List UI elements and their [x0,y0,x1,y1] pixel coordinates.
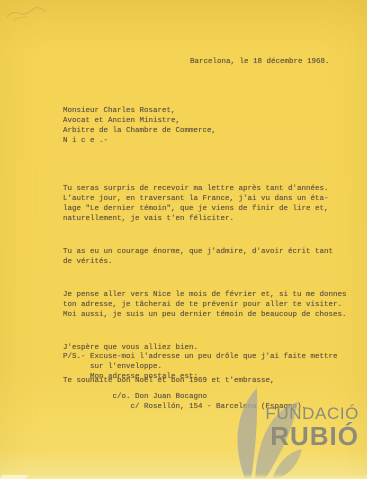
recipient-address: Monsieur Charles Rosaret, Avocat et Anci… [63,106,216,146]
paragraph-3: Je pense aller vers Nice le mois de févr… [63,290,347,320]
pencil-mark [4,3,48,27]
paragraph-2: Tu as eu un courage énorme, que j'admire… [63,247,347,267]
scan-corner-sliver [0,475,28,479]
date-line: Barcelona, le 18 décembre 1968. [190,57,330,67]
scanned-letter-page: Barcelona, le 18 décembre 1968. Monsieur… [0,0,367,479]
postscript: P/S.- Excuse-moi l'adresse un peu drôle … [63,352,338,412]
paragraph-1: Tu seras surpris de recevoir ma lettre a… [63,184,347,224]
scan-bottom-edge [0,474,367,479]
